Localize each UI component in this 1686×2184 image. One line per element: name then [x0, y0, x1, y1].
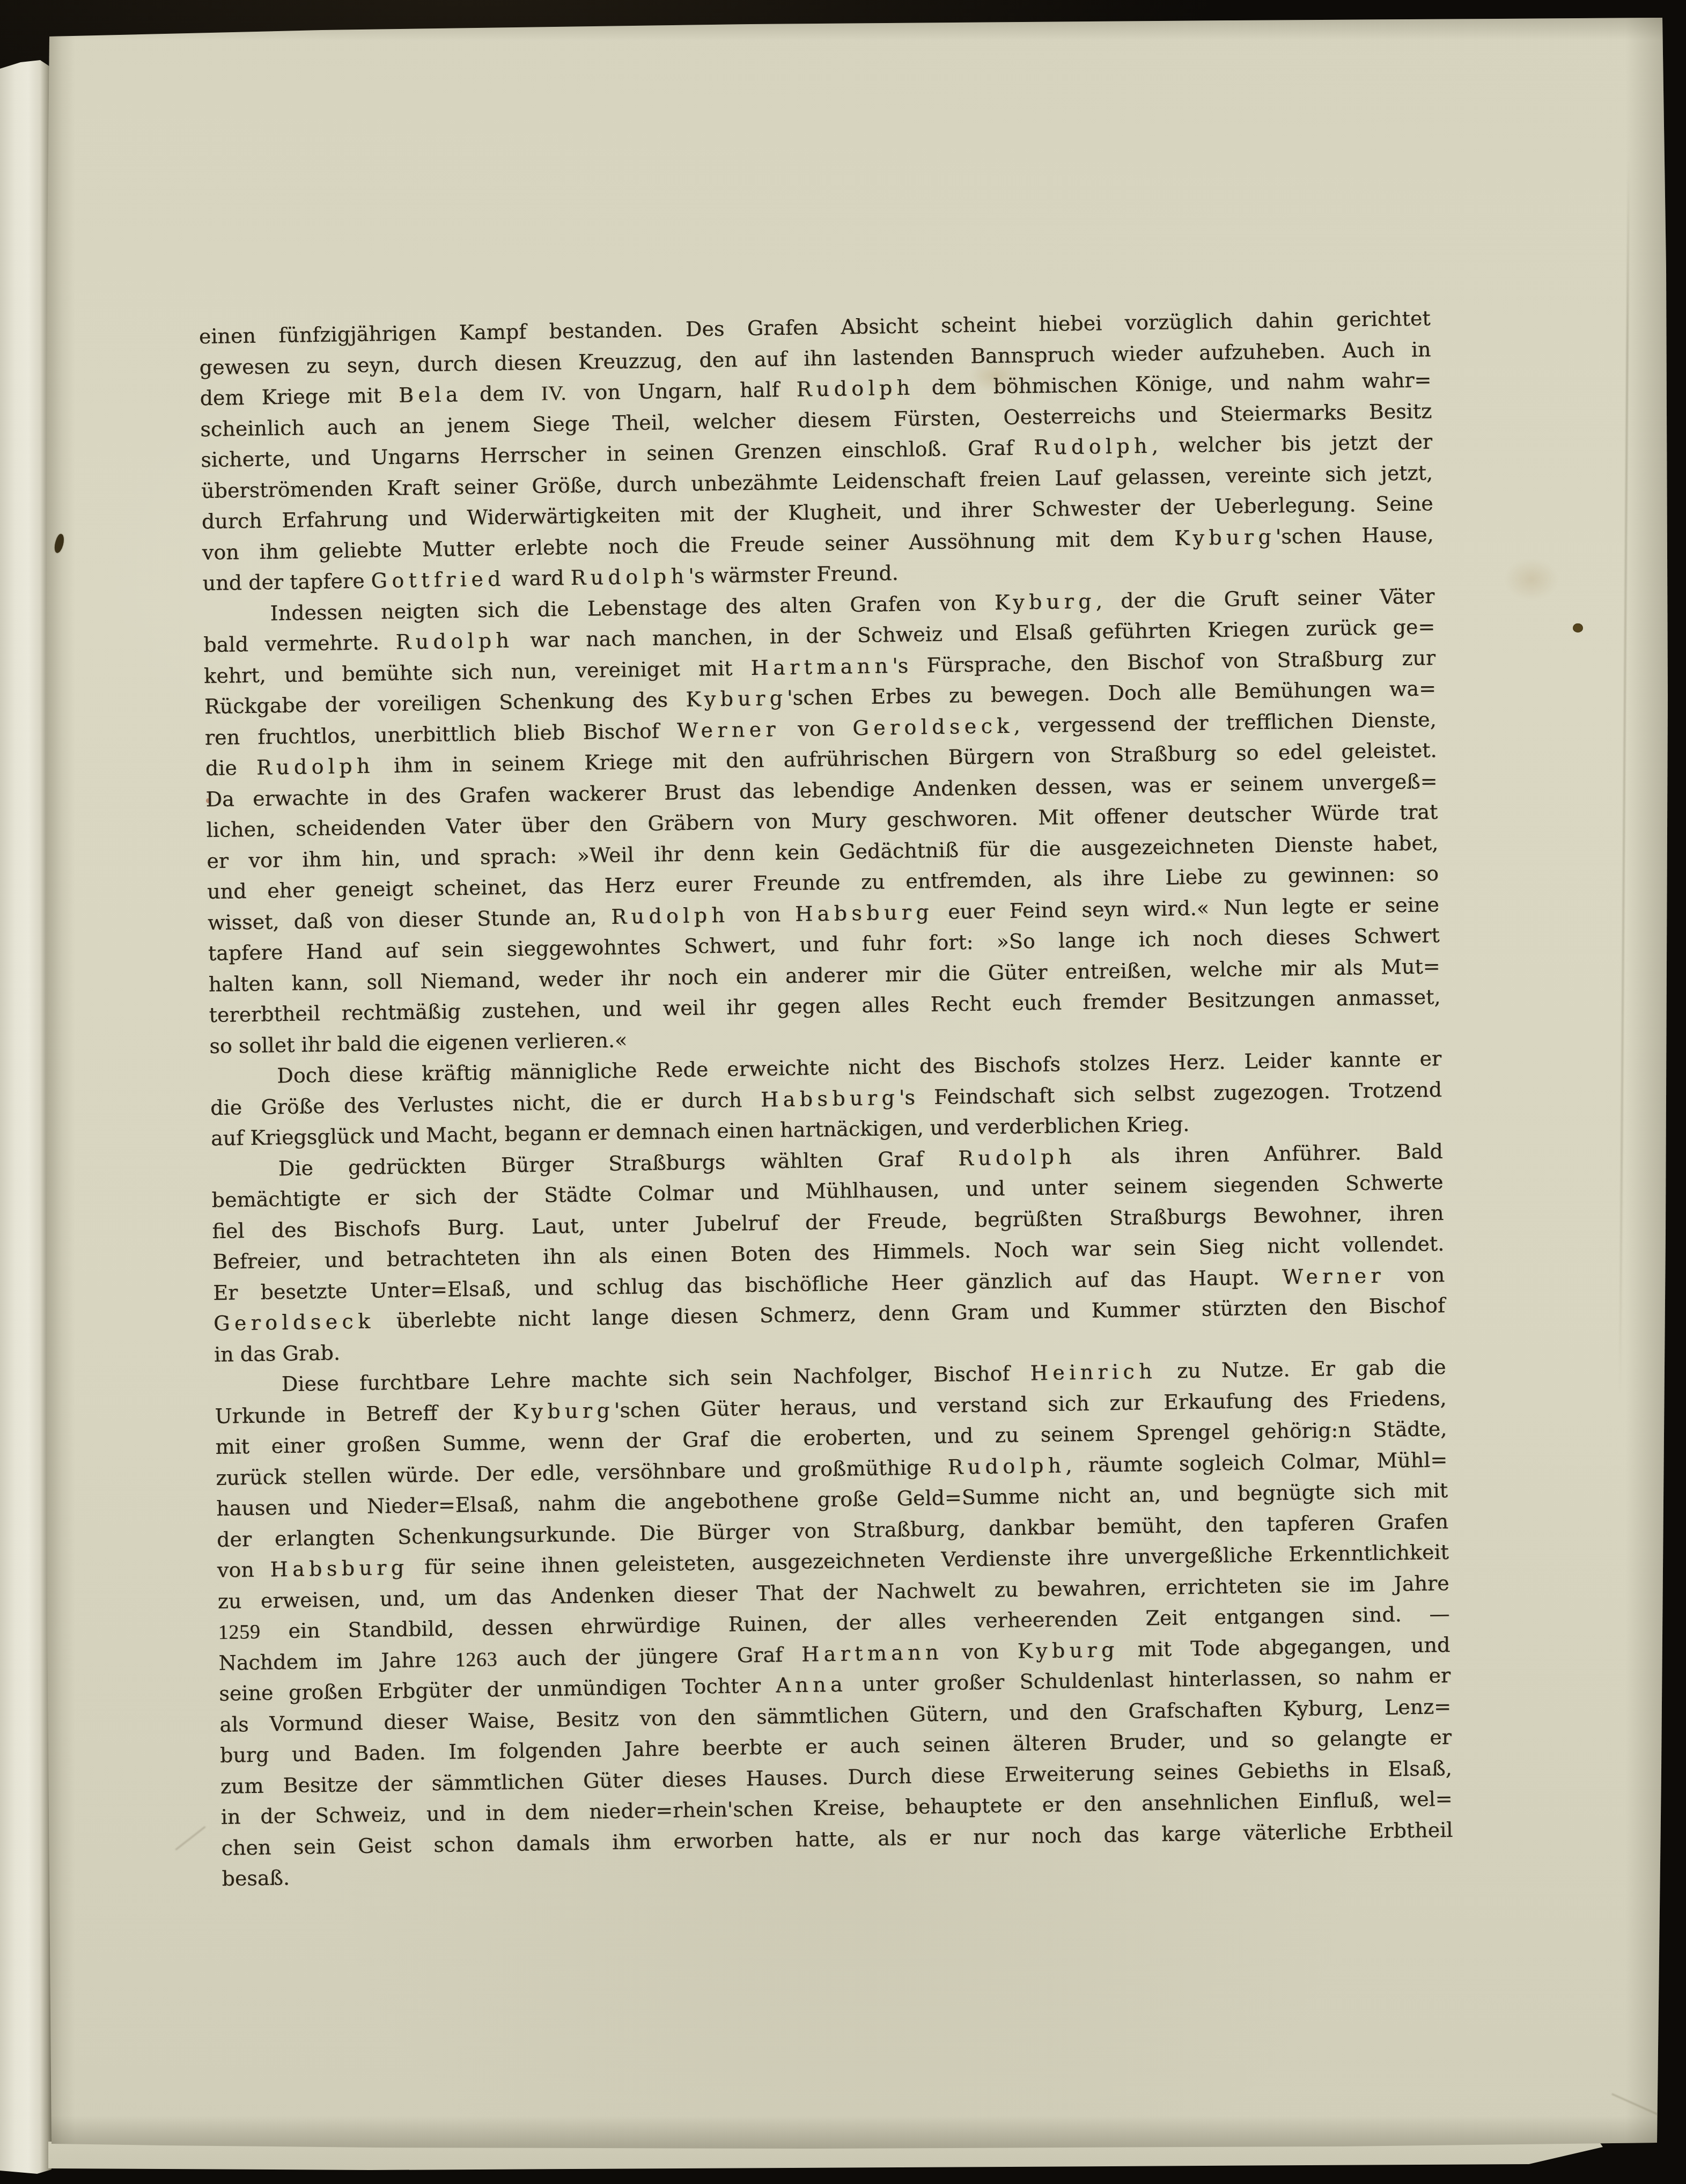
spaced-name: Habsburg: [795, 900, 933, 925]
text-segment: dem böhmischen Könige, und nahm wahr=: [914, 368, 1432, 399]
text-segment: , welcher bis jetzt der: [1151, 430, 1432, 458]
spaced-name: Kyburg: [1017, 1638, 1119, 1663]
text-segment: , vergessend der trefflichen Dienste,: [1013, 708, 1437, 738]
text-segment: euer Feind seyn wird.« Nun legte er sein…: [933, 893, 1440, 924]
paper-crease: [1619, 161, 1630, 1395]
spaced-name: Habsburg: [270, 1556, 408, 1582]
text-segment: ren fruchtlos, unerbittlich blieb Bischo…: [205, 719, 678, 749]
text-segment: ward: [505, 566, 570, 591]
text-segment: bald vermehrte.: [203, 630, 396, 657]
spaced-name: Rudolph: [570, 564, 688, 590]
spaced-name: Kyburg: [1174, 525, 1276, 550]
text-segment: als ihren Anführer. Bald: [1076, 1139, 1443, 1168]
spaced-name: Rudolph: [395, 629, 513, 654]
text-segment: Urkunde in Betreff der: [215, 1400, 513, 1428]
text-segment: in das Grab.: [214, 1341, 340, 1366]
paragraph: Doch diese kräftig männigliche Rede erwe…: [210, 1043, 1442, 1154]
ink-blot: [53, 533, 65, 554]
page-text: einen fünfzigjährigen Kampf bestanden. D…: [198, 303, 1453, 1894]
text-segment: 1263: [455, 1648, 498, 1671]
text-segment: die: [205, 756, 256, 780]
text-segment: 'schen Erbes zu bewegen. Doch alle Bemüh…: [787, 676, 1436, 710]
paragraph: Die gedrückten Bürger Straßburgs wählten…: [211, 1136, 1446, 1370]
text-segment: 's Feindschaft sich selbst zugezogen. Tr…: [899, 1077, 1442, 1109]
text-segment: auch der jüngere Graf: [497, 1642, 801, 1670]
text-segment: Rückgabe der voreiligen Schenkung des: [204, 688, 686, 718]
spaced-name: Bela: [399, 383, 462, 407]
text-segment: von: [729, 902, 796, 926]
text-segment: die Größe des Verlustes nicht, die er du…: [210, 1087, 761, 1119]
text-segment: zu Nutze. Er gab die: [1156, 1355, 1446, 1383]
text-segment: dem Kriege mit: [200, 384, 399, 410]
text-segment: von: [943, 1639, 1018, 1664]
paper-stain: [1497, 553, 1566, 606]
binding-fold-shadow: [46, 32, 75, 2145]
book-scan: einen fünfzigjährigen Kampf bestanden. D…: [0, 0, 1686, 2184]
text-segment: unter großer Schuldenlast hinterlassen, …: [847, 1664, 1451, 1696]
text-segment: von: [780, 716, 853, 741]
spaced-name: Rudolph: [947, 1453, 1065, 1479]
text-segment: kehrt, und bemühte sich nun, vereiniget …: [204, 656, 751, 687]
book-page: einen fünfzigjährigen Kampf bestanden. D…: [0, 0, 1686, 2184]
text-segment: 'schen Hause,: [1276, 523, 1434, 548]
ink-dot: [1573, 623, 1583, 633]
text-segment: mit Tode abgegangen, und: [1118, 1633, 1450, 1661]
text-segment: von Ungarn, half: [566, 378, 797, 405]
spaced-name: Kyburg: [995, 589, 1096, 614]
text-segment: dem: [462, 381, 541, 406]
text-segment: 's wärmster Freund.: [688, 561, 899, 588]
paragraph: Diese furchtbare Lehre machte sich sein …: [214, 1352, 1453, 1894]
spaced-name: Kyburg: [513, 1398, 615, 1423]
text-segment: so sollet ihr bald die eigenen verlieren…: [209, 1028, 627, 1058]
text-segment: und der tapfere: [202, 569, 371, 595]
spaced-name: Kyburg: [686, 686, 787, 711]
text-segment: seine großen Erbgüter der unmündigen Toc…: [219, 1674, 776, 1705]
spaced-name: Werner: [677, 717, 781, 742]
text-segment: , der die Gruft seiner Väter: [1095, 584, 1434, 613]
spaced-name: Gottfried: [371, 567, 505, 593]
spaced-name: Rudolph: [958, 1145, 1076, 1170]
paragraph: einen fünfzigjährigen Kampf bestanden. D…: [198, 303, 1434, 599]
spaced-name: Hartmann: [801, 1640, 943, 1666]
spaced-name: Rudolph: [1034, 434, 1152, 459]
spaced-name: Rudolph: [256, 754, 374, 779]
text-segment: wisset, daß von dieser Stunde an,: [208, 905, 612, 934]
spaced-name: Heinrich: [1030, 1359, 1157, 1385]
text-segment: 1259: [218, 1621, 261, 1644]
spaced-name: Rudolph: [796, 376, 914, 401]
text-segment: von: [217, 1557, 270, 1582]
previous-page-edge: [0, 60, 51, 2176]
spaced-name: Werner: [1282, 1263, 1386, 1289]
text-segment: besaß.: [222, 1866, 290, 1891]
text-segment: , räumte sogleich Colmar, Mühl=: [1065, 1447, 1447, 1477]
spaced-name: Hartmann: [750, 654, 892, 680]
text-segment: von: [1385, 1262, 1445, 1287]
bottom-edge-shadow: [46, 2116, 1661, 2149]
spaced-name: Rudolph: [611, 903, 729, 928]
text-segment: IV.: [541, 382, 567, 405]
spaced-name: Geroldseck: [213, 1310, 375, 1335]
paper-crease: [175, 1826, 205, 1850]
spaced-name: Anna: [776, 1673, 847, 1697]
spaced-name: Habsburg: [761, 1085, 899, 1111]
paragraph: Indessen neigten sich die Lebenstage des…: [203, 581, 1441, 1062]
spaced-name: Geroldseck: [852, 714, 1014, 739]
text-segment: Nachdem im Jahre: [218, 1648, 455, 1675]
text-segment: 's Fürsprache, den Bischof von Straßburg…: [892, 646, 1435, 678]
